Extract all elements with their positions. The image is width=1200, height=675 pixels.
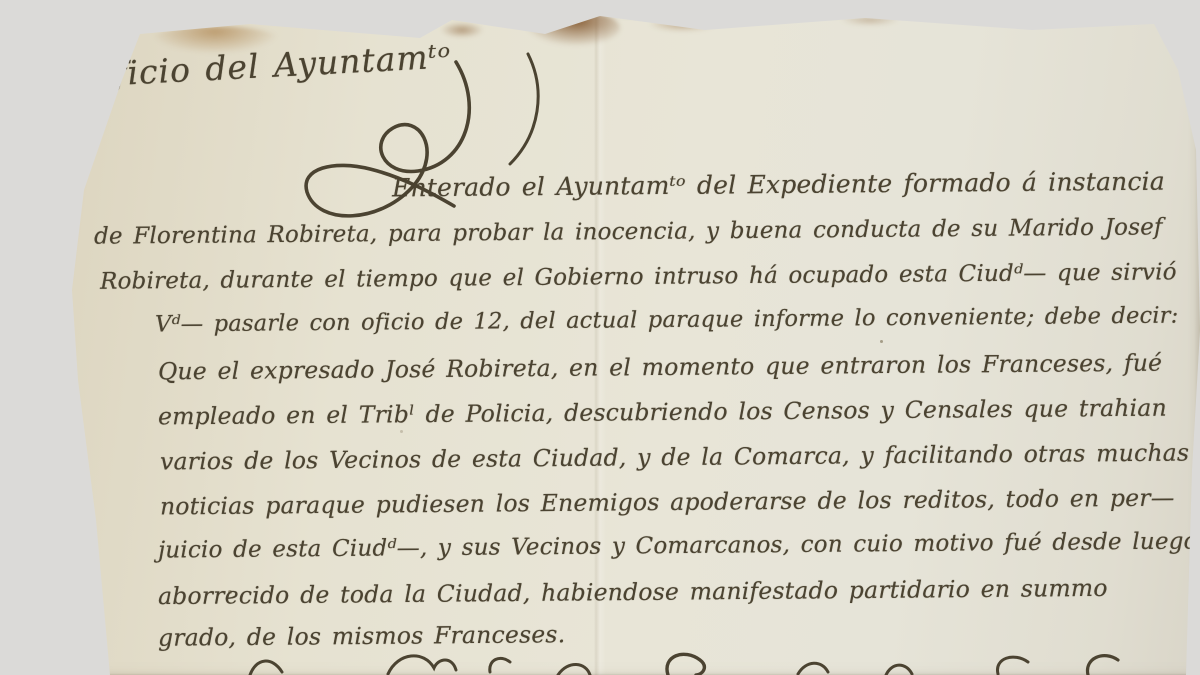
photo-background: Oficio del Ayuntamᵗᵒ Enterado el Ayuntam… [0, 0, 1200, 675]
manuscript-paper: Oficio del Ayuntamᵗᵒ Enterado el Ayuntam… [0, 0, 1200, 675]
paper-stain [840, 14, 900, 26]
manuscript-line: varios de los Vecinos de esta Ciudad, y … [160, 439, 1189, 476]
manuscript-line: Robireta, durante el tiempo que el Gobie… [100, 259, 1177, 294]
manuscript-line: Enterado el Ayuntamᵗᵒ del Expediente for… [392, 167, 1165, 203]
calligraphic-initial-flourish [298, 56, 498, 231]
paper-stain [524, 10, 620, 46]
paper-stain [440, 22, 484, 38]
manuscript-line: de Florentina Robireta, para probar la i… [94, 214, 1163, 249]
paper-stain [648, 16, 718, 32]
paper-speck [62, 520, 66, 524]
document-heading: Oficio del Ayuntamᵗᵒ [85, 36, 452, 94]
manuscript-line: noticias paraque pudiesen los Enemigos a… [160, 484, 1175, 521]
cutoff-line-strokes [238, 650, 1138, 675]
paper-speck [880, 340, 883, 343]
header-flourish-stroke [470, 52, 550, 172]
manuscript-line: Que el expresado José Robireta, en el mo… [158, 349, 1162, 386]
manuscript-line: empleado en el Tribˡ de Policia, descubr… [158, 394, 1167, 431]
manuscript-line: juicio de esta Ciudᵈ—, y sus Vecinos y C… [158, 528, 1198, 563]
paper-speck [400, 430, 403, 433]
manuscript-line: grado, de los mismos Franceses. [158, 620, 566, 652]
manuscript-line: aborrecido de toda la Ciudad, habiendose… [158, 574, 1108, 610]
manuscript-line: Vᵈ— pasarle con oficio de 12, del actual… [155, 303, 1179, 338]
